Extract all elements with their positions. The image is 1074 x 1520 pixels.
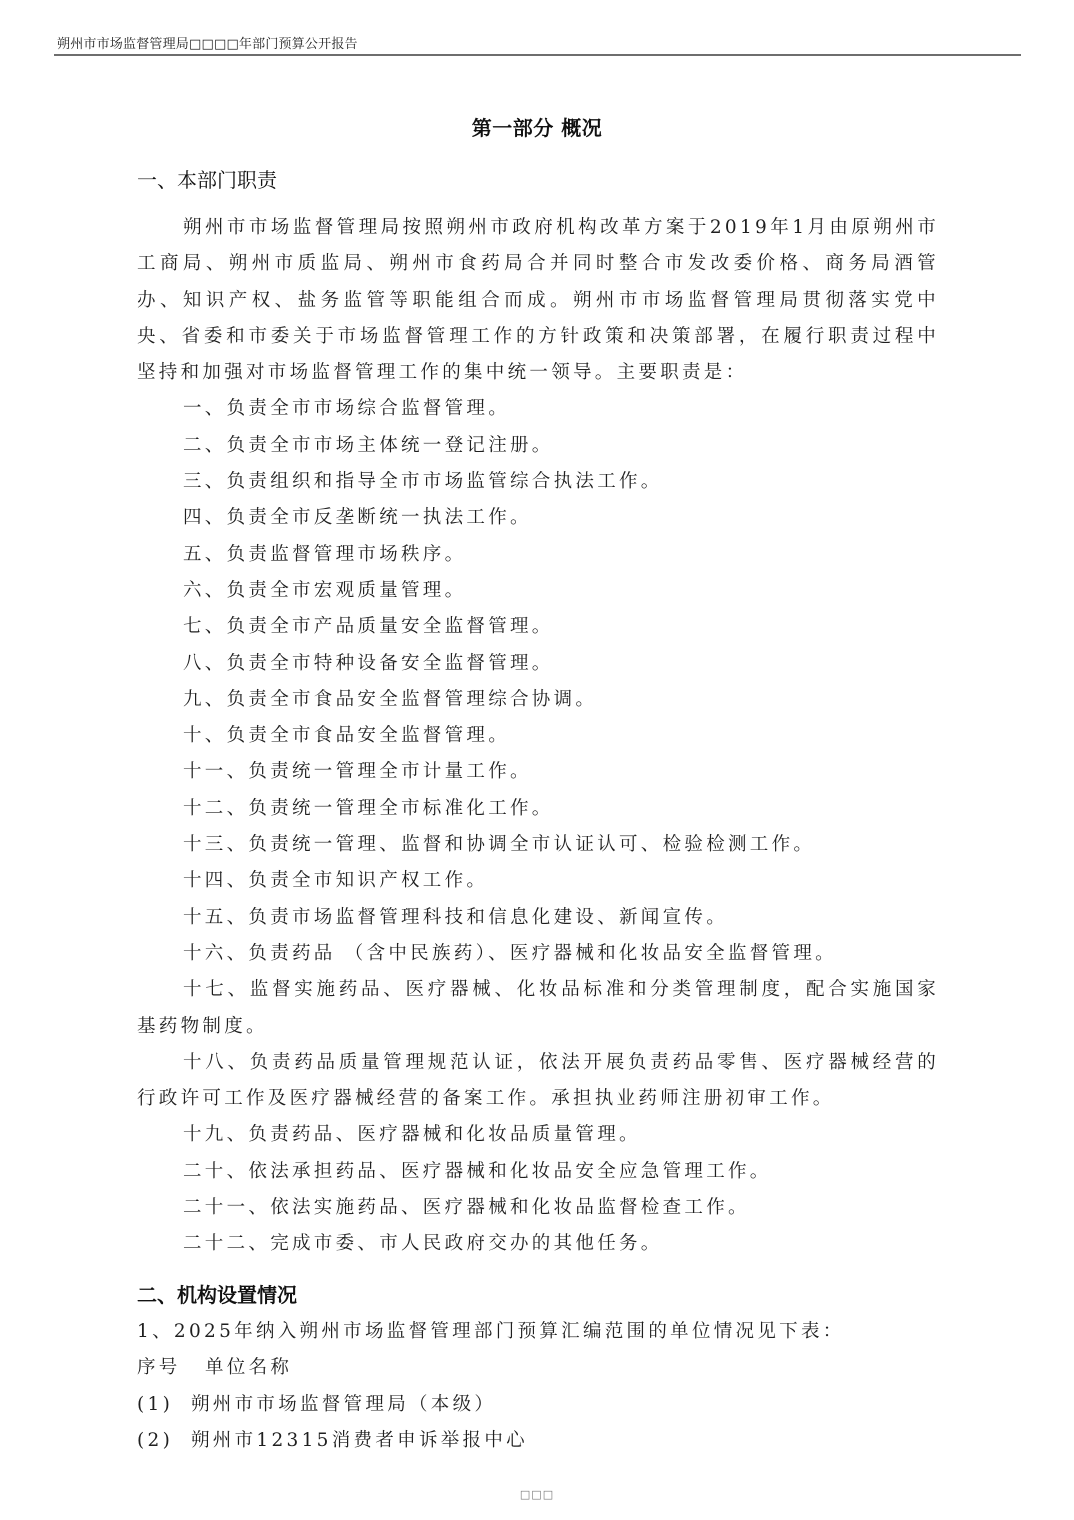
duty-item-20: 二十、依法承担药品、医疗器械和化妆品安全应急管理工作。	[137, 1154, 939, 1190]
page-number: □□□	[0, 1488, 1074, 1501]
duty-item-8: 八、负责全市特种设备安全监督管理。	[137, 646, 939, 682]
duty-item-4: 四、负责全市反垄断统一执法工作。	[137, 500, 939, 536]
duty-item-21: 二十一、依法实施药品、医疗器械和化妆品监督检查工作。	[137, 1190, 939, 1226]
duties-section-body: 朔州市市场监督管理局按照朔州市政府机构改革方案于2019年1月由原朔州市工商局、…	[137, 210, 939, 1263]
section-heading-duties: 一、本部门职责	[137, 164, 277, 193]
duty-item-12: 十二、负责统一管理全市标准化工作。	[137, 791, 939, 827]
duty-item-14: 十四、负责全市知识产权工作。	[137, 863, 939, 899]
duty-item-11: 十一、负责统一管理全市计量工作。	[137, 754, 939, 790]
duty-item-13: 十三、负责统一管理、监督和协调全市认证认可、检验检测工作。	[137, 827, 939, 863]
section-heading-organization: 二、机构设置情况	[137, 1279, 297, 1308]
running-header: 朔州市市场监督管理局□□□□年部门预算公开报告	[54, 30, 1021, 56]
unit-row: (1) 朔州市市场监督管理局（本级）	[137, 1387, 939, 1423]
duty-item-22: 二十二、完成市委、市人民政府交办的其他任务。	[137, 1226, 939, 1262]
running-header-title: 朔州市市场监督管理局□□□□年部门预算公开报告	[57, 33, 358, 52]
duty-item-15: 十五、负责市场监督管理科技和信息化建设、新闻宣传。	[137, 900, 939, 936]
unit-name: 朔州市市场监督管理局（本级）	[191, 1387, 496, 1423]
organization-intro: 1、2025年纳入朔州市场监督管理部门预算汇编范围的单位情况见下表：	[137, 1314, 939, 1350]
duty-item-17: 十七、监督实施药品、医疗器械、化妆品标准和分类管理制度，配合实施国家基药物制度。	[137, 972, 939, 1045]
unit-row: (2) 朔州市12315消费者申诉举报中心	[137, 1423, 939, 1459]
duty-item-18: 十八、负责药品质量管理规范认证，依法开展负责药品零售、医疗器械经营的行政许可工作…	[137, 1045, 939, 1118]
unit-header-number: 序号	[137, 1350, 205, 1386]
unit-number: (2)	[137, 1423, 191, 1459]
duty-item-7: 七、负责全市产品质量安全监督管理。	[137, 609, 939, 645]
part-title: 第一部分 概况	[0, 112, 1074, 141]
duty-item-16: 十六、负责药品 （含中民族药）、医疗器械和化妆品安全监督管理。	[137, 936, 939, 972]
duty-item-6: 六、负责全市宏观质量管理。	[137, 573, 939, 609]
duty-item-9: 九、负责全市食品安全监督管理综合协调。	[137, 682, 939, 718]
organization-section-body: 1、2025年纳入朔州市场监督管理部门预算汇编范围的单位情况见下表： 序号 单位…	[137, 1314, 939, 1459]
unit-header-name: 单位名称	[205, 1350, 292, 1386]
duty-item-10: 十、负责全市食品安全监督管理。	[137, 718, 939, 754]
duty-item-1: 一、负责全市市场综合监督管理。	[137, 391, 939, 427]
unit-name: 朔州市12315消费者申诉举报中心	[191, 1423, 528, 1459]
duties-intro-paragraph: 朔州市市场监督管理局按照朔州市政府机构改革方案于2019年1月由原朔州市工商局、…	[137, 210, 939, 391]
unit-table-header: 序号 单位名称	[137, 1350, 939, 1386]
duty-item-3: 三、负责组织和指导全市市场监管综合执法工作。	[137, 464, 939, 500]
unit-number: (1)	[137, 1387, 191, 1423]
duty-item-5: 五、负责监督管理市场秩序。	[137, 537, 939, 573]
duty-item-2: 二、负责全市市场主体统一登记注册。	[137, 428, 939, 464]
duty-item-19: 十九、负责药品、医疗器械和化妆品质量管理。	[137, 1117, 939, 1153]
